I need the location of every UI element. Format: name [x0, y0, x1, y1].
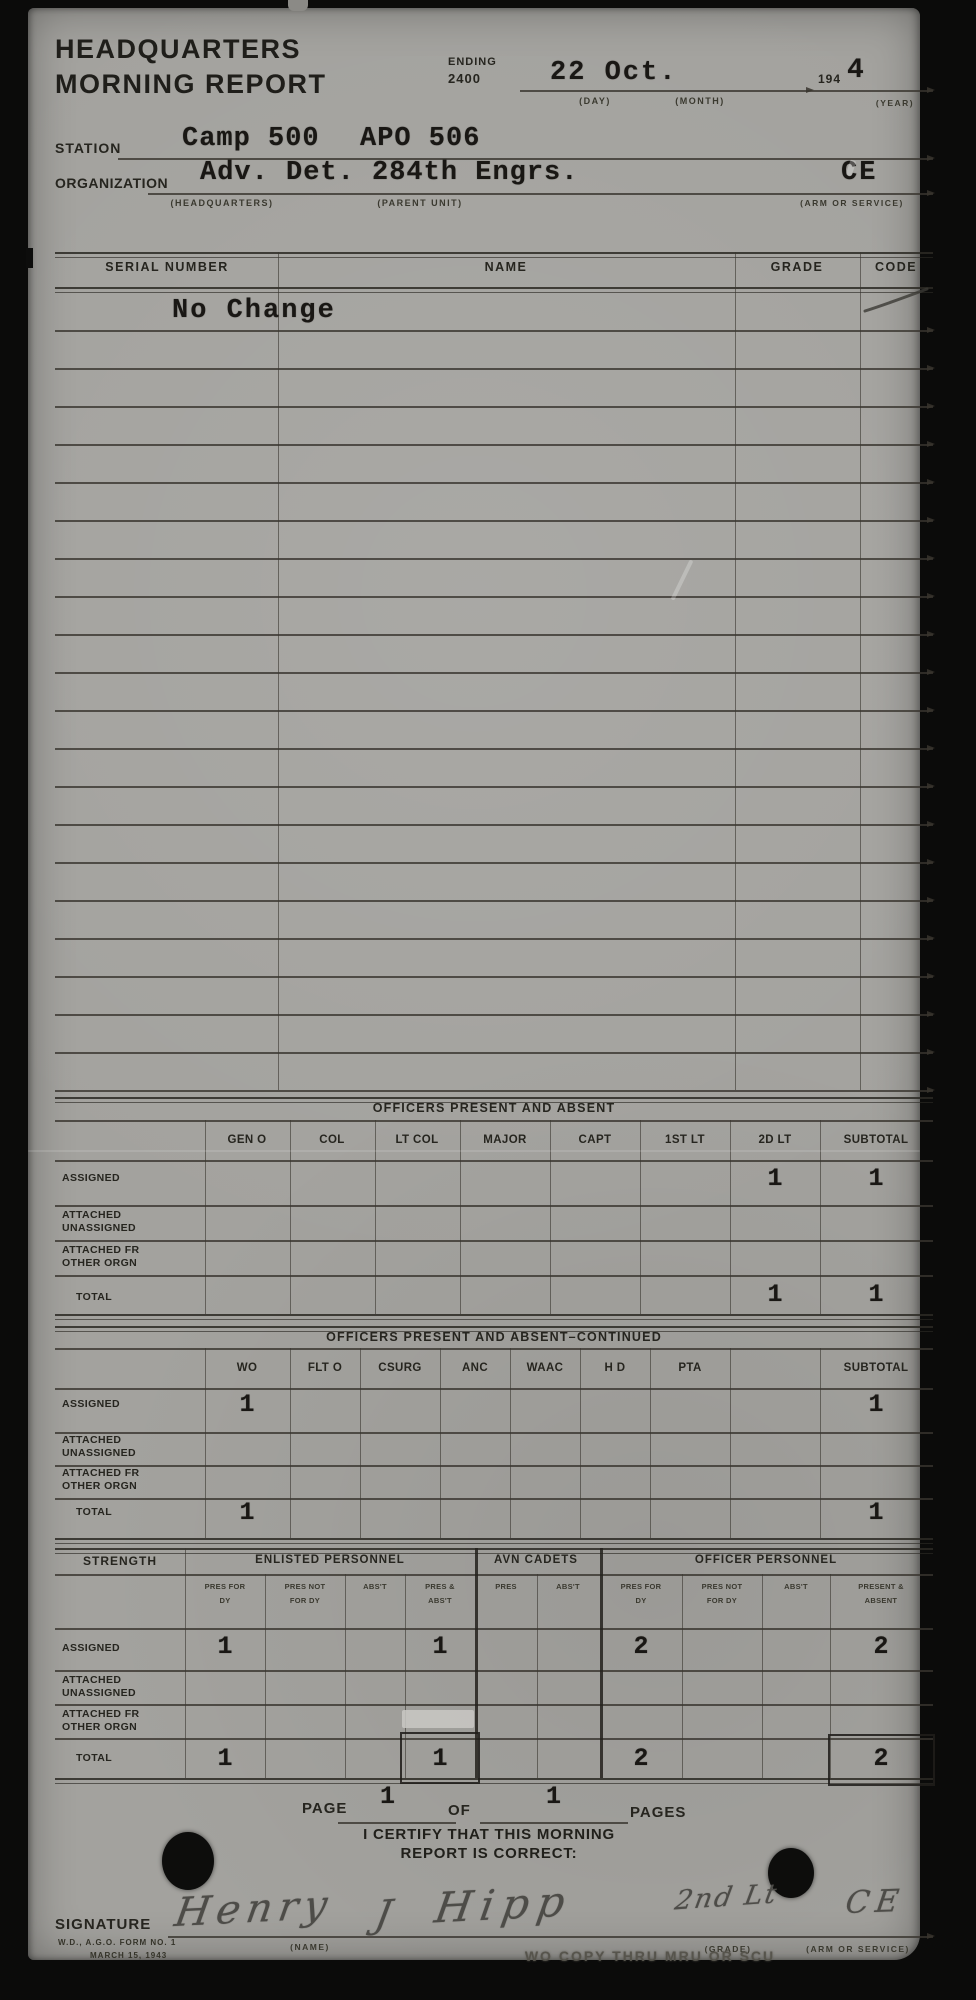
strength-col-header: PRES & ABS'T — [414, 1580, 466, 1609]
roster-row-line — [55, 976, 933, 978]
officers_continued-col-header: FLT O — [297, 1360, 353, 1377]
officers-title-rule — [55, 1120, 933, 1122]
roster-col-divider — [860, 252, 861, 1090]
roster-row-line — [55, 368, 933, 370]
officers-cell-value: 1 — [767, 1280, 782, 1309]
officers-col-header: CAPT — [565, 1132, 625, 1149]
signature-name-middle: J — [372, 1892, 395, 1937]
roster-row-line — [55, 710, 933, 712]
officers-row-rule — [55, 1275, 933, 1277]
roster-col-header: CODE — [875, 260, 917, 274]
officers_continued-row-rule — [55, 1465, 933, 1467]
strength-header-rule — [55, 1628, 933, 1630]
strength-col-header: PRES FOR DY — [615, 1580, 667, 1609]
roster-col-divider — [735, 252, 736, 1090]
officers-cell-value: 1 — [868, 1280, 883, 1309]
officers_continued-col-divider — [650, 1348, 651, 1538]
officers_continued-row-rule — [55, 1498, 933, 1500]
top-edge-notch — [288, 0, 308, 11]
year-underline — [812, 90, 933, 92]
scratch-mark-2 — [28, 1150, 920, 1152]
month-label: (MONTH) — [675, 96, 725, 106]
strength-row-label: ASSIGNED — [62, 1642, 174, 1655]
officers-row-rule — [55, 1240, 933, 1242]
roster-row-line — [55, 824, 933, 826]
officers_continued-col-divider — [440, 1348, 441, 1538]
officers_continued-col-header: WO — [222, 1360, 272, 1377]
officers_continued-title: OFFICERS PRESENT AND ABSENT–CONTINUED — [326, 1330, 662, 1344]
officers-col-header: COL — [302, 1132, 362, 1149]
roster-row-line — [55, 748, 933, 750]
strength-col-divider — [600, 1548, 603, 1778]
roster-col-header: GRADE — [771, 260, 824, 274]
organization-label: ORGANIZATION — [55, 175, 168, 191]
strength-row-label: TOTAL — [76, 1752, 188, 1765]
strength-bottom-rule — [55, 1778, 933, 1784]
officers-col-header: 1ST LT — [655, 1132, 715, 1149]
strength-col-header: ABS'T — [774, 1580, 818, 1594]
strength-row-label: ATTACHED FR OTHER ORGN — [62, 1708, 174, 1733]
strength-row-rule — [55, 1670, 933, 1672]
strength-col-divider — [345, 1574, 346, 1778]
officers_continued-col-divider — [205, 1348, 206, 1538]
signature-name-last: Hipp — [431, 1876, 576, 1932]
officers_continued-bottom-rule — [55, 1538, 933, 1544]
roster-col-header: SERIAL NUMBER — [105, 260, 228, 274]
strength-cell-value: 1 — [432, 1632, 447, 1661]
officers_continued-cell-value: 1 — [239, 1390, 254, 1419]
roster-row-line — [55, 444, 933, 446]
page-number-underline — [338, 1822, 456, 1824]
officers-col-header: MAJOR — [472, 1132, 538, 1149]
roster-row-line — [55, 596, 933, 598]
signature-grade-script: 2nd Lt — [672, 1879, 780, 1917]
strength-col-divider — [265, 1574, 266, 1778]
roster-header-rule — [55, 287, 933, 293]
ending-time: 2400 — [448, 71, 481, 86]
officers-col-header: LT COL — [384, 1132, 450, 1149]
officers_continued-cell-value: 1 — [868, 1498, 883, 1527]
strength-col-header: PRES FOR DY — [199, 1580, 251, 1609]
date-underline — [520, 90, 812, 92]
parent-unit-label: (PARENT UNIT) — [377, 198, 462, 208]
scratch-mark-1 — [671, 559, 694, 600]
strength-cell-value: 2 — [633, 1744, 648, 1773]
strength-cell-value: 2 — [633, 1632, 648, 1661]
strength-col-header: ABS'T — [546, 1580, 590, 1594]
strength-col-divider — [537, 1574, 538, 1778]
year-printed: 194 — [818, 72, 841, 86]
station-label: STATION — [55, 140, 121, 156]
strength-col-header: PRESENT & ABSENT — [850, 1580, 912, 1609]
officers_continued-row-label: ATTACHED UNASSIGNED — [62, 1434, 174, 1459]
handwritten-box-officer-total — [828, 1734, 935, 1786]
strength-col-divider — [682, 1574, 683, 1778]
year-label: (YEAR) — [876, 98, 914, 108]
strength-col-header: PRES — [484, 1580, 528, 1594]
roster-row-line — [55, 1052, 933, 1054]
officers_continued-col-header: PTA — [667, 1360, 713, 1377]
roster-row-line — [55, 938, 933, 940]
strength-cell-value: 1 — [217, 1632, 232, 1661]
officers-row-label: ATTACHED FR OTHER ORGN — [62, 1244, 174, 1269]
officers-row-rule — [55, 1205, 933, 1207]
roster-row-line — [55, 558, 933, 560]
strength-cell-value: 2 — [873, 1632, 888, 1661]
officers-row-label: ASSIGNED — [62, 1172, 174, 1185]
strength-row-label: ATTACHED UNASSIGNED — [62, 1674, 174, 1699]
day-label: (DAY) — [579, 96, 611, 106]
year-typed-digit: 4 — [847, 55, 864, 86]
handwritten-box-enlisted-total — [400, 1732, 480, 1784]
officers_continued-cell-value: 1 — [868, 1390, 883, 1419]
organization-underline — [148, 193, 933, 195]
officers_continued-row-rule — [55, 1432, 933, 1434]
officers_continued-title-rule — [55, 1348, 933, 1350]
organization-entry: Adv. Det. 284th Engrs. — [200, 158, 578, 188]
signature-label: SIGNATURE — [55, 1916, 151, 1933]
signature-name-label: (NAME) — [290, 1942, 330, 1952]
roster-entry-no-change: No Change — [172, 296, 336, 326]
officers_continued-cell-value: 1 — [239, 1498, 254, 1527]
officers_continued-col-divider — [510, 1348, 511, 1538]
officers_continued-row-label: ATTACHED FR OTHER ORGN — [62, 1467, 174, 1492]
arm-or-service-label: (ARM OR SERVICE) — [800, 198, 904, 208]
officers_continued-col-header: ANC — [450, 1360, 500, 1377]
roster-row-line — [55, 406, 933, 408]
officers-cell-value: 1 — [868, 1164, 883, 1193]
certify-line1: I CERTIFY THAT THIS MORNING — [289, 1826, 689, 1843]
form-title-line2: MORNING REPORT — [55, 69, 327, 100]
headquarters-label: (HEADQUARTERS) — [171, 198, 274, 208]
officers_continued-col-divider — [360, 1348, 361, 1538]
form-title-line1: HEADQUARTERS — [55, 34, 301, 65]
strength-col-divider — [762, 1574, 763, 1778]
strength-cell-value: 1 — [217, 1744, 232, 1773]
officers-row-label: ATTACHED UNASSIGNED — [62, 1209, 174, 1234]
edge-nick — [26, 248, 33, 268]
form-id-line1: W.D., A.G.O. FORM NO. 1 — [58, 1938, 176, 1947]
roster-col-header: NAME — [485, 260, 528, 274]
officers_continued-row-label: TOTAL — [76, 1506, 188, 1519]
strength-col-divider — [185, 1548, 186, 1778]
officers_continued-col-header: H D — [592, 1360, 638, 1377]
roster-col-divider — [278, 252, 279, 1090]
officers-col-header: GEN O — [214, 1132, 280, 1149]
strength-col-header: PRES NOT FOR DY — [276, 1580, 334, 1609]
handwritten-check-icon — [861, 284, 933, 314]
punch-hole-left — [162, 1832, 214, 1890]
pages-label: PAGES — [630, 1804, 686, 1821]
routing-note: WO COPY THRU MRU OR SCU — [470, 1948, 830, 1964]
roster-row-line — [55, 1014, 933, 1016]
scanned-morning-report: { "header": { "title_line1": "HEADQUARTE… — [0, 0, 976, 2000]
page-label: PAGE — [302, 1800, 347, 1817]
form-id-line2: MARCH 15, 1943 — [90, 1951, 167, 1960]
strength-group-header: OFFICER PERSONNEL — [695, 1554, 837, 1566]
strength-col-header: PRES NOT FOR DY — [693, 1580, 751, 1609]
roster-row-line — [55, 786, 933, 788]
officers-title: OFFICERS PRESENT AND ABSENT — [373, 1101, 616, 1115]
total-pages-underline — [480, 1822, 628, 1824]
signature-arm-script: CE — [843, 1883, 907, 1921]
roster-row-line — [55, 900, 933, 902]
strength-col-header: ABS'T — [353, 1580, 397, 1594]
strength-title: STRENGTH — [83, 1554, 157, 1568]
officers_continued-row-label: ASSIGNED — [62, 1398, 174, 1411]
officers-cell-value: 1 — [767, 1164, 782, 1193]
roster-row-line — [55, 330, 933, 332]
paper-sheet: HEADQUARTERS MORNING REPORT ENDING 2400 … — [28, 8, 920, 1960]
roster-row-line — [55, 862, 933, 864]
officers-header-rule — [55, 1160, 933, 1162]
signature-underline — [168, 1936, 933, 1938]
officers_continued-col-divider — [580, 1348, 581, 1538]
officers_continued-header-rule — [55, 1388, 933, 1390]
officers_continued-col-divider — [820, 1348, 821, 1538]
officers-bottom-rule — [55, 1314, 933, 1320]
officers-col-header: 2D LT — [745, 1132, 805, 1149]
roster-row-line — [55, 634, 933, 636]
total-pages-entry: 1 — [546, 1782, 561, 1811]
date-day-month-entry: 22 Oct. — [550, 58, 677, 88]
strength-row-rule — [55, 1704, 933, 1706]
roster-row-line — [55, 482, 933, 484]
officers_continued-col-header: SUBTOTAL — [831, 1360, 921, 1377]
roster-top-rule — [55, 252, 933, 258]
page-number-entry: 1 — [380, 1782, 395, 1811]
officers_continued-col-header: CSURG — [370, 1360, 430, 1377]
officers_continued-col-divider — [730, 1348, 731, 1538]
ending-label: ENDING — [448, 56, 497, 68]
station-camp-entry: Camp 500 — [182, 124, 320, 154]
strength-group-header: ENLISTED PERSONNEL — [255, 1554, 405, 1566]
of-label: OF — [448, 1802, 471, 1819]
certify-line2: REPORT IS CORRECT: — [289, 1845, 689, 1862]
whiteout-correction — [402, 1710, 474, 1728]
roster-row-line — [55, 672, 933, 674]
strength-group-header: AVN CADETS — [494, 1554, 578, 1566]
roster-row-line — [55, 520, 933, 522]
officers-row-label: TOTAL — [76, 1291, 188, 1304]
officers-col-header: SUBTOTAL — [831, 1132, 921, 1149]
strength-group-rule — [55, 1574, 933, 1576]
officers_continued-col-header: WAAC — [517, 1360, 573, 1377]
station-apo-entry: APO 506 — [360, 124, 480, 154]
strength-row-rule — [55, 1738, 933, 1740]
officers_continued-col-divider — [290, 1348, 291, 1538]
signature-name-first: Henry — [172, 1882, 337, 1936]
roster-row-line — [55, 1090, 933, 1092]
